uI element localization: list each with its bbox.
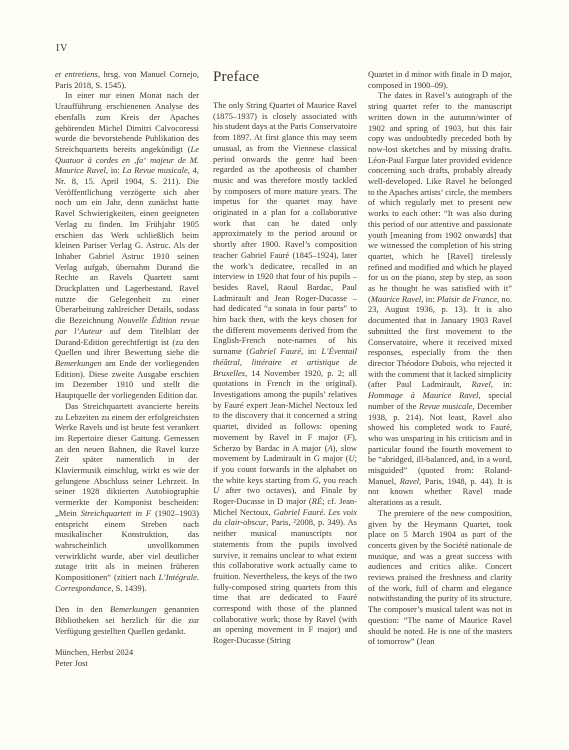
preface-heading: Preface [213,69,357,85]
preface-page: IV et entretiens, hrsg. von Manuel Corne… [0,0,569,750]
paragraph: The only String Quartet of Maurice Ravel… [213,100,357,646]
english-text-column-second: Quartet in d minor with finale in D majo… [368,69,512,647]
german-text-column: et entretiens, hrsg. von Manuel Cornejo,… [55,69,199,668]
paragraph: München, Herbst 2024 [55,647,199,658]
preface-body-start: The only String Quartet of Maurice Ravel… [213,100,357,646]
book-page: { "page": { "number": "IV", "background_… [0,0,569,750]
page-number: IV [56,43,68,54]
paragraph: The dates in Ravel’s autograph of the st… [368,90,512,507]
paragraph: Den in den Bemerkungen genannten Bibliot… [55,604,199,636]
paragraph: Peter Jost [55,658,199,669]
paragraph: In einer nur einen Monat nach der Urauff… [55,90,199,400]
paragraph: Quartet in d minor with finale in D majo… [368,69,512,90]
paragraph: The premiere of the new composition, giv… [368,508,512,647]
paragraph: et entretiens, hrsg. von Manuel Cornejo,… [55,69,199,90]
paragraph: Das Streichquartett avancierte bereits z… [55,401,199,594]
english-text-column-first: Preface The only String Quartet of Mauri… [213,69,357,646]
